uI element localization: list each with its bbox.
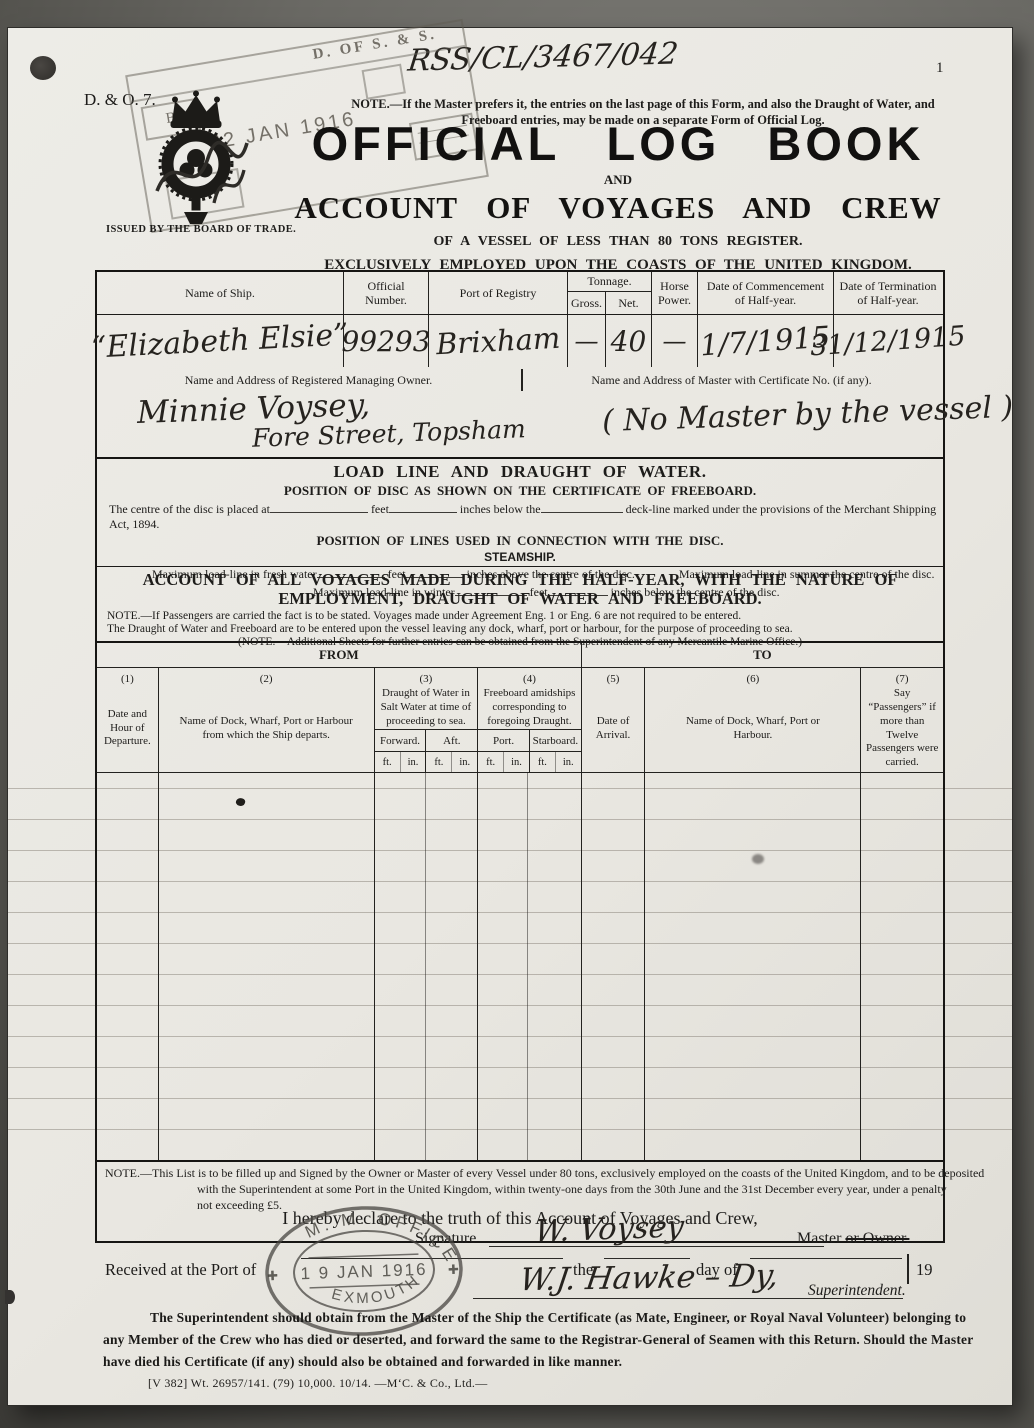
- col-name-of-ship: Name of Ship.: [97, 272, 344, 314]
- mm-office-stamp: M. M. OFFICE EXMOUTH 1 9 JAN 1916 ✚ ✚: [251, 1192, 476, 1350]
- col5-label: Date of Arrival.: [582, 685, 645, 772]
- supt-note-line3: have died his Certificate (if any) shoul…: [103, 1354, 622, 1370]
- ft-label: ft.: [426, 752, 452, 772]
- voyages-note-1: NOTE.—If Passengers are carried the fact…: [97, 610, 943, 622]
- in-label: in.: [504, 752, 530, 772]
- centre-text-b: feet: [371, 502, 389, 516]
- received-year: 19: [916, 1260, 933, 1280]
- steamship-label: STEAMSHIP.: [97, 550, 943, 564]
- col6-label: Name of Dock, Wharf, Port or Harbour.: [645, 685, 860, 772]
- voyage-table-body: [97, 773, 943, 1160]
- ft-label: ft.: [375, 752, 401, 772]
- voyages-heading-2: EMPLOYMENT, DRAUGHT OF WATER AND FREEBOA…: [97, 590, 943, 609]
- ship-name-value: “Elizabeth Elsie”: [90, 317, 349, 365]
- masthead: OFFICIAL LOG BOOK AND ACCOUNT OF VOYAGES…: [278, 120, 958, 274]
- body-col-4a: [478, 773, 528, 1160]
- body-col-5: [582, 773, 646, 1160]
- board-of-trade-crest: [148, 86, 253, 236]
- issued-by-line: ISSUED BY THE BOARD OF TRADE.: [106, 224, 296, 235]
- col4-sub-starboard: Starboard.: [530, 730, 581, 751]
- owner-word-struck: or Owner.: [845, 1230, 909, 1247]
- col7-num: (7): [861, 668, 943, 685]
- position-lines-line: POSITION OF LINES USED IN CONNECTION WIT…: [97, 533, 943, 549]
- supt-note-line1: The Superintendent should obtain from th…: [150, 1310, 966, 1326]
- centre-text-c: inches below the: [460, 502, 541, 516]
- master-value: ( No Master by the vessel ): [602, 390, 1014, 439]
- stamp-office-text: D. OF S. & S.: [312, 26, 439, 63]
- col3-sub-aft: Aft.: [426, 730, 477, 751]
- header-tick: [521, 369, 523, 391]
- centre-disc-line: The centre of the disc is placed at feet…: [97, 501, 943, 532]
- voyages-heading-1: ACCOUNT OF ALL VOYAGES MADE DURING THE H…: [97, 571, 943, 590]
- decl-note-line2: with the Superintendent at some Port in …: [197, 1182, 947, 1197]
- col-gross: Gross.: [568, 292, 606, 314]
- col1-label: Date and Hour of Departure.: [97, 685, 158, 772]
- voyage-table-header: (1) Date and Hour of Departure. (2) Name…: [97, 668, 943, 773]
- voyages-heading-section: ACCOUNT OF ALL VOYAGES MADE DURING THE H…: [97, 567, 943, 643]
- owner-signature: W. Voysey: [533, 1209, 686, 1249]
- form-box: Name of Ship. Official Number. Port of R…: [95, 270, 945, 1243]
- voyage-col-2: (2) Name of Dock, Wharf, Port or Harbour…: [159, 668, 375, 772]
- subtitle: ACCOUNT OF VOYAGES AND CREW: [278, 190, 958, 226]
- stamp-cross-left: ✚: [267, 1268, 279, 1283]
- col-termination: Date of Termination of Half-year.: [834, 272, 942, 314]
- col4-label: Freeboard amidships corresponding to for…: [478, 685, 581, 730]
- supt-note-line2: any Member of the Crew who has died or d…: [103, 1332, 973, 1348]
- in-label: in.: [556, 752, 581, 772]
- col5-num: (5): [582, 668, 645, 685]
- decl-note-line1: NOTE.—This List is to be filled up and S…: [105, 1166, 984, 1181]
- col-net: Net.: [606, 292, 652, 314]
- voyage-col-4: (4) Freeboard amidships corresponding to…: [478, 668, 582, 772]
- col1-num: (1): [97, 668, 158, 685]
- voyage-col-3: (3) Draught of Water in Salt Water at ti…: [375, 668, 479, 772]
- top-note-line1: NOTE.—If the Master prefers it, the entr…: [338, 96, 948, 112]
- declaration-box: NOTE.—This List is to be filled up and S…: [97, 1160, 943, 1248]
- body-col-2: [159, 773, 375, 1160]
- col-official-number: Official Number.: [344, 272, 429, 314]
- and-label: AND: [278, 172, 958, 188]
- col6-num: (6): [645, 668, 860, 685]
- master-word: Master: [797, 1230, 845, 1247]
- voyage-col-5: (5) Date of Arrival.: [582, 668, 646, 772]
- body-col-4b: [528, 773, 582, 1160]
- stamp-small-box: [362, 64, 406, 100]
- printer-imprint: [V 382] Wt. 26957/141. (79) 10,000. 10/1…: [148, 1376, 488, 1391]
- to-label: TO: [582, 643, 943, 667]
- load-line-section: LOAD LINE AND DRAUGHT OF WATER. POSITION…: [97, 459, 943, 567]
- centre-text-a: The centre of the disc is placed at: [109, 502, 270, 516]
- col-commencement: Date of Commencement of Half-year.: [698, 272, 834, 314]
- declaration-text: I hereby declare to the truth of this Ac…: [97, 1208, 943, 1229]
- superintendent-label: Superintendent.: [808, 1282, 906, 1300]
- col-port-of-registry: Port of Registry: [429, 272, 568, 314]
- master-or-owner: Master or Owner.: [797, 1230, 909, 1248]
- official-number-value: 99293: [341, 325, 430, 358]
- col2-label: Name of Dock, Wharf, Port or Harbour fro…: [159, 685, 374, 772]
- ship-particulars-values: “Elizabeth Elsie” 99293 Brixham — 40 — 1…: [97, 315, 943, 367]
- ft-label: ft.: [478, 752, 504, 772]
- master-header: Name and Address of Master with Certific…: [520, 367, 943, 393]
- edge-mark: [5, 1290, 15, 1304]
- voyage-col-7: (7) Say “Passengers” if more than Twelve…: [861, 668, 943, 772]
- voyage-col-1: (1) Date and Hour of Departure.: [97, 668, 159, 772]
- ft-label: ft.: [530, 752, 556, 772]
- horse-power-value: —: [663, 327, 687, 355]
- owner-master-values: Minnie Voysey, Fore Street, Topsham ( No…: [97, 393, 943, 459]
- position-disc-line: POSITION OF DISC AS SHOWN ON THE CERTIFI…: [97, 483, 943, 499]
- in-label: in.: [452, 752, 477, 772]
- voyage-col-6: (6) Name of Dock, Wharf, Port or Harbour…: [645, 668, 861, 772]
- owner-master-headers: Name and Address of Registered Managing …: [97, 367, 943, 393]
- body-col-1: [97, 773, 159, 1160]
- ship-particulars-header: Name of Ship. Official Number. Port of R…: [97, 272, 943, 315]
- received-prefix: Received at the Port of: [105, 1260, 256, 1280]
- port-value: Brixham: [435, 321, 561, 361]
- col3-label: Draught of Water in Salt Water at time o…: [375, 685, 478, 730]
- superintendent-signature: W.J. Hawke – Dy,: [517, 1258, 781, 1299]
- year-divider: [907, 1254, 909, 1284]
- col7-label: Say “Passengers” if more than Twelve Pas…: [861, 685, 943, 772]
- col4-num: (4): [478, 668, 581, 685]
- page-number: 1: [936, 60, 944, 77]
- body-col-3b: [426, 773, 478, 1160]
- from-label: FROM: [97, 643, 582, 667]
- scan-background: D. & O. 7. RSS/CL/3467/042 1 D. OF S. & …: [0, 0, 1034, 1428]
- col-tonnage: Tonnage.: [568, 272, 652, 292]
- load-line-heading: LOAD LINE AND DRAUGHT OF WATER.: [97, 462, 943, 482]
- col3-sub-forward: Forward.: [375, 730, 427, 751]
- in-label: in.: [401, 752, 427, 772]
- vessel-line: OF A VESSEL OF LESS THAN 80 TONS REGISTE…: [278, 234, 958, 250]
- body-col-3a: [375, 773, 427, 1160]
- body-col-6: [645, 773, 861, 1160]
- col-horse-power: Horse Power.: [652, 272, 698, 314]
- main-title: OFFICIAL LOG BOOK: [278, 120, 958, 167]
- col2-num: (2): [159, 668, 374, 685]
- punch-hole: [30, 56, 56, 80]
- from-to-row: FROM TO: [97, 643, 943, 668]
- voyages-note-2: The Draught of Water and Freeboard are t…: [97, 623, 943, 635]
- gross-tonnage-value: —: [575, 327, 599, 355]
- document-page: D. & O. 7. RSS/CL/3467/042 1 D. OF S. & …: [8, 28, 1012, 1405]
- col4-sub-port: Port.: [478, 730, 530, 751]
- net-tonnage-value: 40: [611, 325, 647, 358]
- col3-num: (3): [375, 668, 478, 685]
- stamp-cross-right: ✚: [448, 1262, 460, 1277]
- body-col-7: [861, 773, 943, 1160]
